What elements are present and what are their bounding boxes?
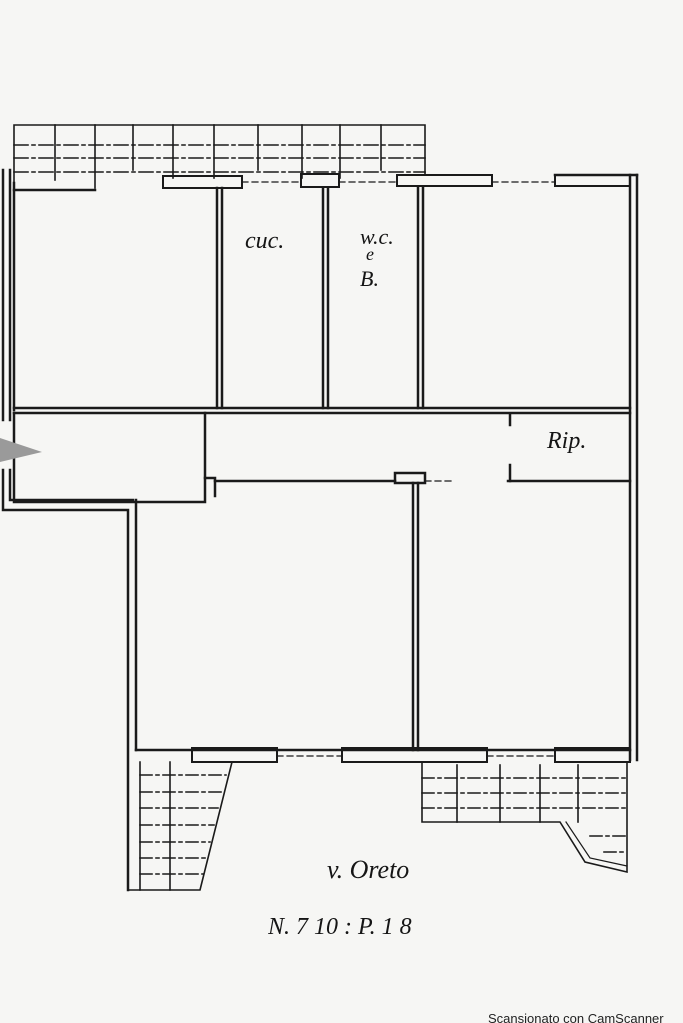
kitchen-label: cuc. xyxy=(245,228,284,255)
southwest-balcony xyxy=(128,762,232,890)
scanner-watermark: Scansionato con CamScanner xyxy=(488,1011,664,1023)
cadastral-label: N. 7 10 : P. 1 8 xyxy=(268,914,412,938)
exterior-walls xyxy=(3,170,637,890)
interior-walls xyxy=(14,188,630,750)
storage-label: Rip. xyxy=(547,428,586,455)
entrance-arrow-icon xyxy=(0,438,42,462)
southeast-balcony xyxy=(422,762,627,872)
bathroom-label-line2: e xyxy=(366,244,374,265)
north-balcony xyxy=(14,125,425,190)
street-label: v. Oreto xyxy=(327,855,409,885)
bathroom-label-line3: B. xyxy=(360,266,379,292)
